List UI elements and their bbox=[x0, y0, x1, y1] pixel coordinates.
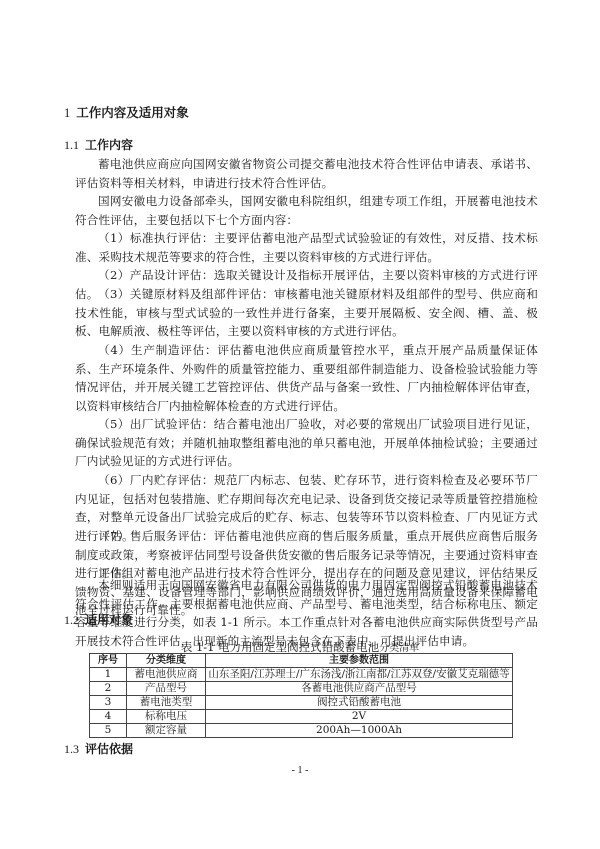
column-header: 分类维度 bbox=[127, 654, 206, 668]
column-header: 主要参数范围 bbox=[206, 654, 513, 668]
paragraph-item-5: （5）出厂试验评估：结合蓄电池出厂验收，对必要的常规出厂试验项目进行见证，确保试… bbox=[75, 415, 538, 471]
section-heading-1-1: 1.1工作内容 bbox=[64, 136, 133, 153]
section-heading-1-3: 1.3评估依据 bbox=[64, 740, 133, 757]
table-cell: 5 bbox=[90, 724, 127, 738]
document-page: 1工作内容及适用对象 1.1工作内容 蓄电池供应商应向国网安徽省物资公司提交蓄电… bbox=[0, 0, 600, 849]
table-cell: 各蓄电池供应商产品型号 bbox=[206, 682, 513, 696]
table-row: 1 蓄电池供应商 山东圣阳/江苏理士/广东汤浅/浙江南都/江苏双登/安徽艾克瑞德… bbox=[90, 668, 513, 682]
section-title: 工作内容 bbox=[85, 138, 133, 152]
table-cell: 山东圣阳/江苏理士/广东汤浅/浙江南都/江苏双登/安徽艾克瑞德等 bbox=[206, 668, 513, 682]
paragraph: 国网安徽电力设备部牵头，国网安徽电科院组织，组建专项工作组，开展蓄电池技术符合性… bbox=[75, 192, 538, 229]
paragraph-item-3: （3）关键原材料及组部件评估：审核蓄电池关键原材料及组部件的型号、供应商和技术性… bbox=[75, 285, 538, 341]
paragraph: 蓄电池供应商应向国网安徽省物资公司提交蓄电池技术符合性评估申请表、承诺书、评估资… bbox=[75, 155, 538, 192]
table-cell: 标称电压 bbox=[127, 710, 206, 724]
table-cell: 额定容量 bbox=[127, 724, 206, 738]
table-cell: 阀控式铅酸蓄电池 bbox=[206, 696, 513, 710]
paragraph-applicability: 本细则适用于向国网安徽省电力有限公司供货的电力用固定型阀控式铅酸蓄电池技术符合性… bbox=[75, 576, 538, 650]
table-cell: 蓄电池供应商 bbox=[127, 668, 206, 682]
section-heading-1: 1工作内容及适用对象 bbox=[64, 103, 189, 121]
table-row: 2 产品型号 各蓄电池供应商产品型号 bbox=[90, 682, 513, 696]
table-row: 4 标称电压 2V bbox=[90, 710, 513, 724]
table-row: 5 额定容量 200Ah—1000Ah bbox=[90, 724, 513, 738]
section-title: 工作内容及适用对象 bbox=[76, 105, 189, 120]
column-header: 序号 bbox=[90, 654, 127, 668]
table-cell: 产品型号 bbox=[127, 682, 206, 696]
table-cell: 1 bbox=[90, 668, 127, 682]
paragraph-item-1: （1）标准执行评估：主要评估蓄电池产品型式试验验证的有效性，对反措、技术标准、采… bbox=[75, 229, 538, 266]
section-number: 1.1 bbox=[64, 138, 79, 152]
table-cell: 4 bbox=[90, 710, 127, 724]
classification-table: 序号 分类维度 主要参数范围 1 蓄电池供应商 山东圣阳/江苏理士/广东汤浅/浙… bbox=[89, 653, 513, 738]
section-number: 1 bbox=[64, 106, 70, 120]
table-cell: 蓄电池类型 bbox=[127, 696, 206, 710]
paragraph-item-4: （4）生产制造评估：评估蓄电池供应商质量管控水平，重点开展产品质量保证体系、生产… bbox=[75, 341, 538, 415]
table-cell: 200Ah—1000Ah bbox=[206, 724, 513, 738]
section-number: 1.3 bbox=[64, 742, 79, 756]
section-title: 评估依据 bbox=[85, 742, 133, 756]
table-cell: 2V bbox=[206, 710, 513, 724]
table-cell: 3 bbox=[90, 696, 127, 710]
table-header-row: 序号 分类维度 主要参数范围 bbox=[90, 654, 513, 668]
table-row: 3 蓄电池类型 阀控式铅酸蓄电池 bbox=[90, 696, 513, 710]
page-number: - 1 - bbox=[0, 765, 600, 776]
table-cell: 2 bbox=[90, 682, 127, 696]
